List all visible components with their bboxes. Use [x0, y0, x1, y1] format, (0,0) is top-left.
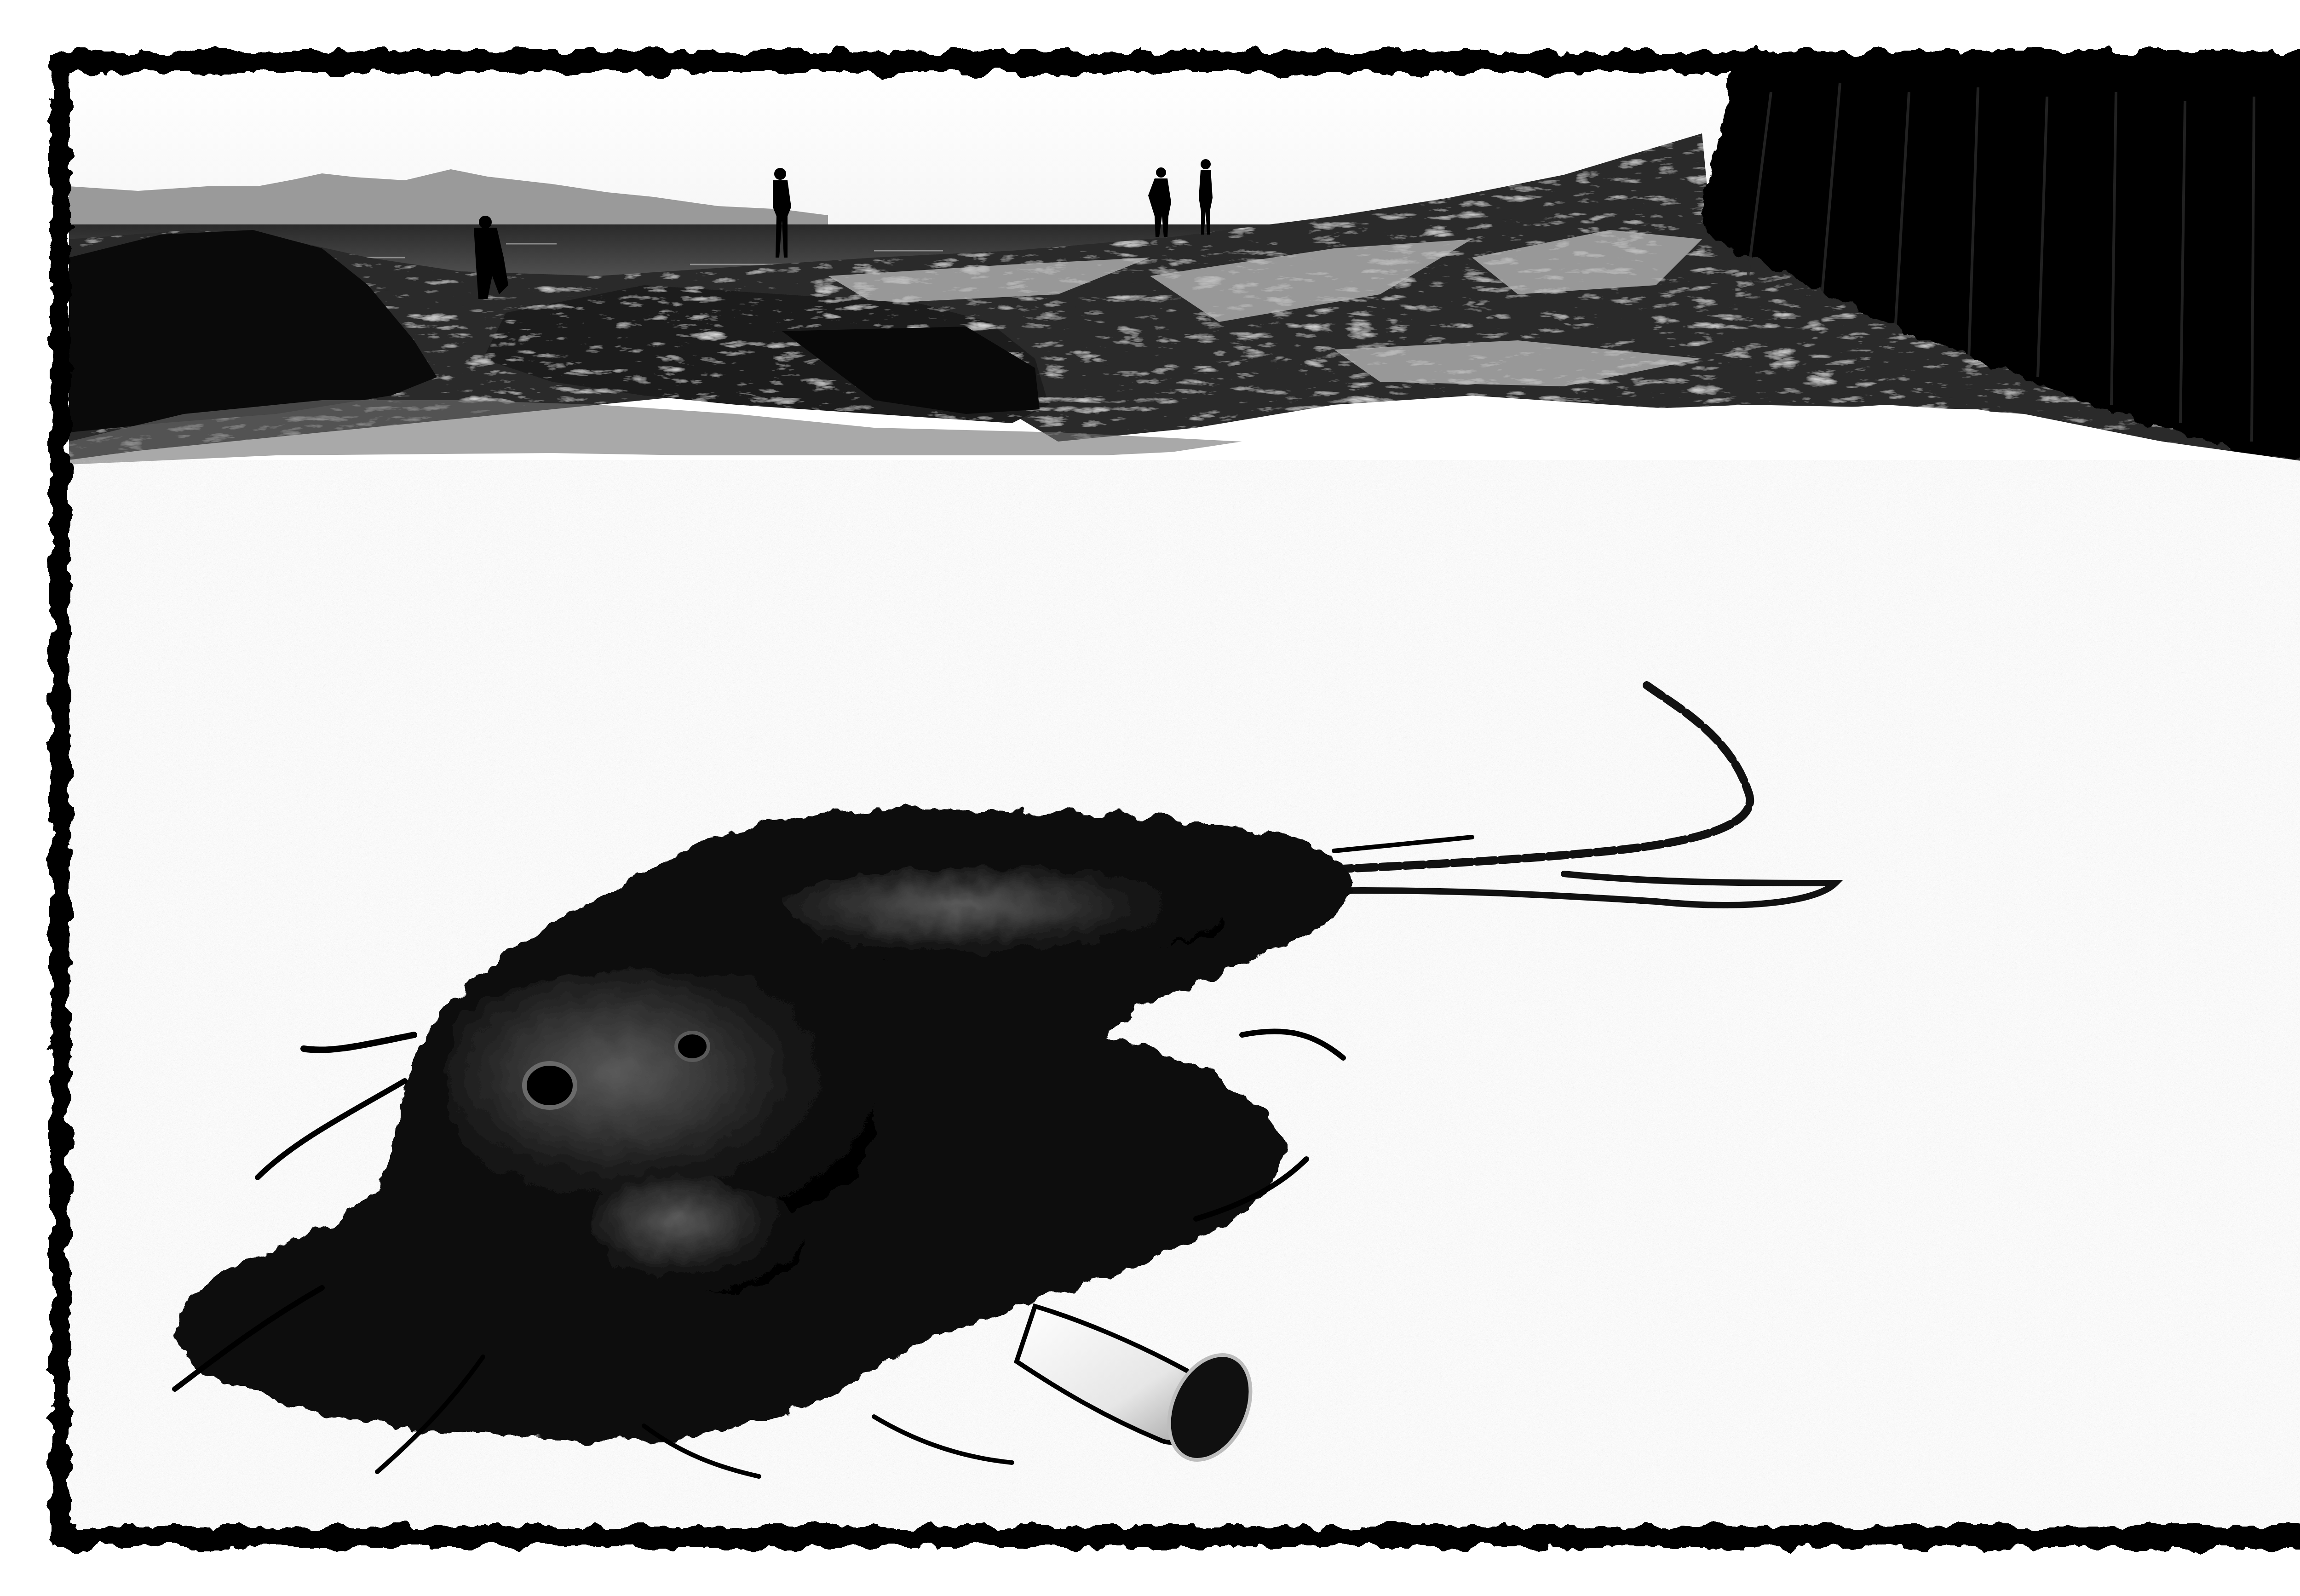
- kelp-hole-small: [676, 1033, 708, 1060]
- border-top: [51, 51, 2300, 73]
- photograph: [0, 0, 2300, 1596]
- kelp-hole-large: [524, 1063, 575, 1108]
- border-bottom: [51, 1526, 2300, 1547]
- image-area: [69, 69, 2300, 1532]
- border-left: [51, 51, 70, 1547]
